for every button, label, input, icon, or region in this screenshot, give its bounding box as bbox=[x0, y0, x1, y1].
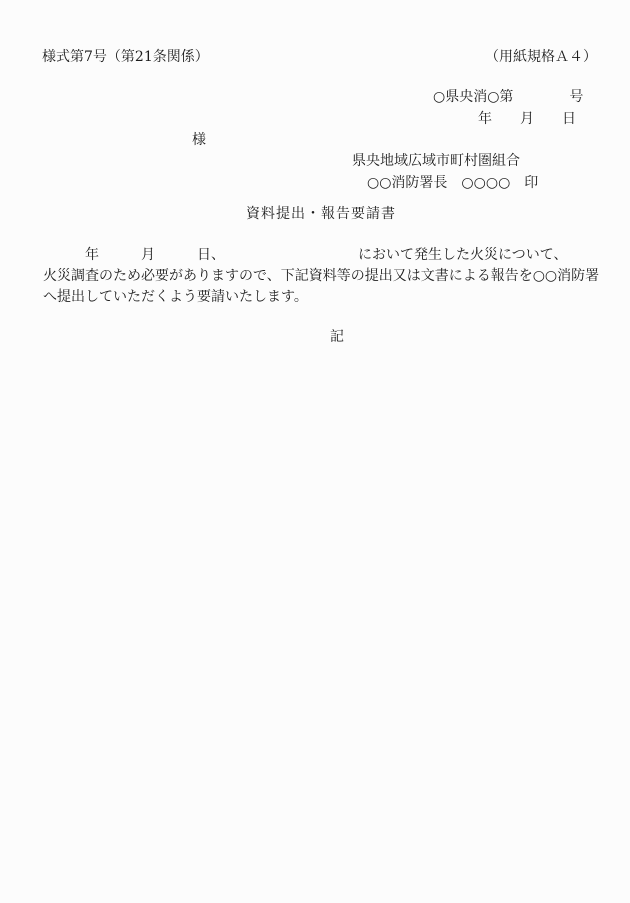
body-paragraph-line-1: 年 月 日、 において発生した火災について、 bbox=[43, 247, 567, 263]
document-number-line: ○県央消○第 号 bbox=[433, 89, 583, 105]
form-number-label: 様式第7号（第21条関係） bbox=[42, 49, 209, 65]
body-paragraph-line-3: へ提出していただくよう要請いたします。 bbox=[43, 289, 308, 305]
addressee-suffix: 様 bbox=[192, 132, 206, 148]
document-page: 様式第7号（第21条関係） （用紙規格Ａ４） ○県央消○第 号 年 月 日 様 … bbox=[0, 0, 630, 903]
record-marker: 記 bbox=[330, 329, 344, 345]
organization-name: 県央地域広域市町村圏組合 bbox=[352, 153, 520, 169]
body-paragraph-line-2: 火災調査のため必要がありますので、下記資料等の提出又は文書による報告を○○消防署 bbox=[43, 268, 599, 284]
document-title: 資料提出・報告要請書 bbox=[246, 206, 396, 222]
paper-size-note: （用紙規格Ａ４） bbox=[485, 49, 597, 65]
signer-seal-line: ○○消防署長 ○○○○ 印 bbox=[367, 175, 538, 191]
date-blank-line: 年 月 日 bbox=[478, 111, 576, 127]
